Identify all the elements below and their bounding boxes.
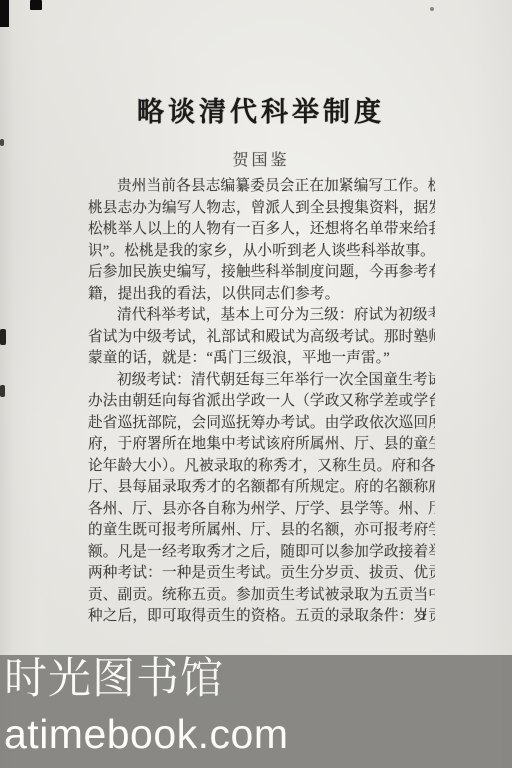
text-line: 府，于府署所在地集中考试该府所属州、厅、县的童生（不 — [88, 434, 435, 456]
text-line: 厅、县每届录取秀才的名额都有所规定。府的名额称府学， — [88, 477, 435, 499]
paragraph: 初级考试：清代朝廷每三年举行一次全国童生考试。其 办法由朝廷向每省派出学政一人（… — [88, 370, 435, 628]
text-line: 种之后，即可取得贡生的资格。五贡的录取条件：岁贡是经 — [88, 606, 435, 628]
body-text: 贵州当前各县志编纂委员会正在加紧编写工作。松 桃县志办为编写人物志，曾派人到全县… — [88, 176, 435, 632]
text-line: 贡、副贡。统称五贡。参加贡生考试被录取为五贡当中的一 — [88, 585, 435, 607]
paragraph: 清代科举考试，基本上可分为三级：府试为初级考试， 省试为中级考试，礼部试和殿试为… — [88, 305, 435, 370]
text-line: 蒙童的话，就是：“禹门三级浪，平地一声雷。” — [88, 348, 435, 370]
text-line: 办法由朝廷向每省派出学政一人（学政又称学差或学台）， — [88, 391, 435, 413]
page-title: 略谈清代科举制度 — [88, 90, 434, 129]
text-line: 识”。松桃是我的家乡，从小听到老人谈些科举故事。解放 — [88, 241, 435, 263]
paragraph: 贵州当前各县志编纂委员会正在加紧编写工作。松 桃县志办为编写人物志，曾派人到全县… — [88, 176, 435, 305]
page-number: 1 — [420, 609, 427, 625]
book-page-scan: 略谈清代科举制度 贺国鉴 贵州当前各县志编纂委员会正在加紧编写工作。松 桃县志办… — [0, 0, 512, 768]
watermark-site-name: 时光图书馆 — [4, 656, 224, 702]
text-line: 清代科举考试，基本上可分为三级：府试为初级考试， — [88, 305, 435, 327]
text-line: 两种考试：一种是贡生考试。贡生分岁贡、拔贡、优贡、恩 — [88, 563, 435, 585]
watermark-band: 时光图书馆 atimebook.com — [0, 655, 512, 768]
text-line: 赴省巡抚部院，会同巡抚筹办考试。由学政依次巡回所属各 — [88, 413, 435, 435]
text-line: 籍，提出我的看法，以供同志们参考。 — [88, 284, 435, 306]
text-line: 初级考试：清代朝廷每三年举行一次全国童生考试。其 — [88, 370, 435, 392]
print-mark-top-left — [0, 0, 9, 27]
text-line: 桃县志办为编写人物志，曾派人到全县搜集资料，据发现 — [88, 198, 435, 220]
text-line: 省试为中级考试，礼部试和殿试为高级考试。那时塾师夸 — [88, 327, 435, 349]
text-line: 各州、厅、县亦各自称为州学、厅学、县学等。州、厅、县 — [88, 499, 435, 521]
text-line: 额。凡是一经考取秀才之后，随即可以参加学政接着举行的 — [88, 542, 435, 564]
text-line: 的童生既可报考所属州、厅、县的名额，亦可报考府学的名 — [88, 520, 435, 542]
text-line: 论年龄大小）。凡被录取的称秀才，又称生员。府和各州、 — [88, 456, 435, 478]
edge-speck — [0, 385, 5, 397]
text-line: 后参加民族史编写，接触些科举制度问题，今再参考有关书 — [88, 262, 435, 284]
text-line: 松桃举人以上的人物有一百多人，还想将名单带来给我“赏 — [88, 219, 435, 241]
author-name: 贺国鉴 — [88, 147, 434, 170]
text-line: 贵州当前各县志编纂委员会正在加紧编写工作。松 — [88, 176, 435, 198]
watermark-site-url: atimebook.com — [4, 705, 289, 763]
print-mark-top-left-2 — [30, 0, 42, 10]
edge-speck — [430, 7, 434, 11]
edge-speck — [0, 139, 4, 146]
edge-speck — [0, 329, 6, 345]
